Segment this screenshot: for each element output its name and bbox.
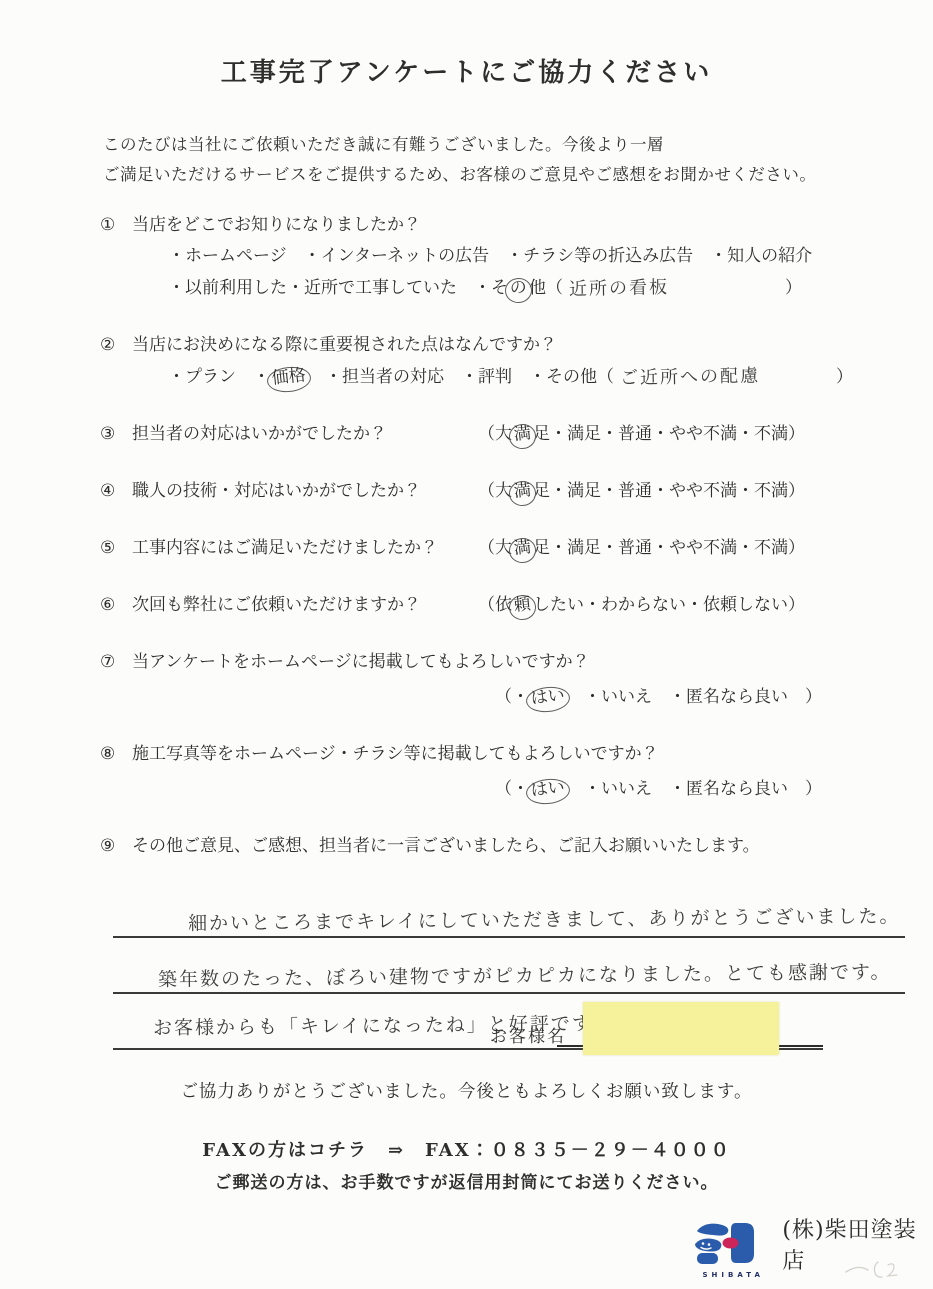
page-title: 工事完了アンケートにご協力ください [0, 52, 933, 89]
question-1: ①当店をどこでお知りになりましたか？・ホームページ ・インターネットの広告 ・チ… [100, 212, 912, 301]
answer-options-line: （・はい ・いいえ ・匿名なら良い ） [495, 776, 912, 802]
handwritten-answer: 近所の看板 [563, 272, 785, 302]
question-number: ① [100, 212, 132, 238]
question-text: 担当者の対応はいかがでしたか？ [132, 421, 478, 447]
question-text: 職人の技術・対応はいかがでしたか？ [132, 478, 478, 504]
question-text: 当店にお決めになる際に重要視された点はなんですか？ [132, 332, 912, 358]
mail-instruction: ご郵送の方は、お手数ですが返信用封筒にてお送りください。 [0, 1168, 933, 1193]
customer-name-label: お客様名 [490, 1022, 566, 1047]
question-text: 当店をどこでお知りになりましたか？ [132, 212, 912, 238]
company-logo-icon [692, 1220, 774, 1266]
answer-options-line: ・以前利用した・近所で工事していた ・その他（近所の看板） [168, 274, 912, 301]
question-row: ③担当者の対応はいかがでしたか？（大満足・満足・普通・やや不満・不満） [100, 421, 912, 447]
customer-name-row: お客様名 [0, 1001, 933, 1059]
question-7: ⑦当アンケートをホームページに掲載してもよろしいですか？（・はい ・いいえ ・匿… [100, 649, 912, 710]
question-4: ④職人の技術・対応はいかがでしたか？（大満足・満足・普通・やや不満・不満） [100, 478, 912, 504]
option-text: ・以前利用した・近所で工事していた ・そ [168, 278, 508, 298]
answer-options-line: ・ホームページ ・インターネットの広告 ・チラシ等の折込み広告 ・知人の紹介 [168, 243, 912, 269]
question-text: 当アンケートをホームページに掲載してもよろしいですか？ [132, 649, 912, 675]
option-text: 足・満足・普通・やや不満・不満） [533, 481, 805, 501]
company-logo: SHIBATA [692, 1220, 774, 1279]
logo-wordmark: SHIBATA [692, 1271, 774, 1279]
intro-text: このたびは当社にご依頼いただき誠に有難うございました。今後より一層 ご満足いただ… [103, 130, 816, 190]
option-text: ・プラン ・ [168, 367, 270, 387]
question-9: ⑨その他ご意見、ご感想、担当者に一言ございましたら、ご記入お願いいたします。 [100, 833, 912, 859]
question-number: ⑧ [100, 741, 132, 767]
question-text: 工事内容にはご満足いただけましたか？ [132, 535, 478, 561]
question-5: ⑤工事内容にはご満足いただけましたか？（大満足・満足・普通・やや不満・不満） [100, 535, 912, 561]
scanned-questionnaire-page: 工事完了アンケートにご協力ください このたびは当社にご依頼いただき誠に有難うござ… [0, 0, 933, 1289]
question-row: ⑥次回も弊社にご依頼いただけますか？（依頼したい・わからない・依頼しない） [100, 592, 912, 618]
answer-options-line: （・はい ・いいえ ・匿名なら良い ） [495, 684, 912, 710]
questionnaire-body: ①当店をどこでお知りになりましたか？・ホームページ ・インターネットの広告 ・チ… [100, 212, 912, 1050]
pencil-mark [842, 1256, 912, 1282]
answer-options-line: ・プラン ・価格 ・担当者の対応 ・評判 ・その他（ご近所への配慮） [168, 363, 912, 390]
closing-thanks: ご協力ありがとうございました。今後ともよろしくお願い致します。 [0, 1078, 933, 1103]
answer-options: （大満足・満足・普通・やや不満・不満） [478, 421, 805, 447]
option-text: ・ホームページ ・インターネットの広告 ・チラシ等の折込み広告 ・知人の紹介 [168, 246, 812, 266]
question-row: ⑧施工写真等をホームページ・チラシ等に掲載してもよろしいですか？ [100, 741, 912, 767]
intro-line-1: このたびは当社にご依頼いただき誠に有難うございました。今後より一層 [103, 135, 664, 154]
comment-ruled-line: 築年数のたった、ぼろい建物ですがピカピカになりました。とても感謝です。 [113, 938, 905, 994]
question-number: ④ [100, 478, 132, 504]
question-number: ⑨ [100, 833, 132, 859]
question-number: ⑦ [100, 649, 132, 675]
question-number: ⑥ [100, 592, 132, 618]
circled-selection: はい [525, 777, 571, 806]
option-text: （大 [478, 481, 512, 501]
question-text: 施工写真等をホームページ・チラシ等に掲載してもよろしいですか？ [132, 741, 912, 767]
question-text: 次回も弊社にご依頼いただけますか？ [132, 592, 478, 618]
question-row: ⑤工事内容にはご満足いただけましたか？（大満足・満足・普通・やや不満・不満） [100, 535, 912, 561]
option-text: （大 [478, 424, 512, 444]
handwritten-comment: 築年数のたった、ぼろい建物ですがピカピカになりました。とても感謝です。 [158, 960, 892, 994]
question-row: ④職人の技術・対応はいかがでしたか？（大満足・満足・普通・やや不満・不満） [100, 478, 912, 504]
question-text: その他ご意見、ご感想、担当者に一言ございましたら、ご記入お願いいたします。 [132, 833, 912, 859]
answer-options: （依頼したい・わからない・依頼しない） [478, 592, 805, 618]
question-number: ⑤ [100, 535, 132, 561]
option-text: ） [785, 278, 802, 298]
redaction-highlight [583, 1002, 779, 1055]
option-text: ・担当者の対応 ・評判 ・その他（ [308, 367, 614, 387]
circled-selection: はい [525, 685, 571, 714]
questions-list: ①当店をどこでお知りになりましたか？・ホームページ ・インターネットの広告 ・チ… [100, 212, 912, 859]
question-2: ②当店にお決めになる際に重要視された点はなんですか？・プラン ・価格 ・担当者の… [100, 332, 912, 390]
option-text: ・いいえ ・匿名なら良い ） [567, 687, 822, 707]
question-row: ②当店にお決めになる際に重要視された点はなんですか？ [100, 332, 912, 358]
option-text: 足・満足・普通・やや不満・不満） [533, 538, 805, 558]
question-number: ③ [100, 421, 132, 447]
handwritten-comment: 細かいところまでキレイにしていただきまして、ありがとうございました。 [188, 904, 901, 937]
comment-ruled-line: 細かいところまでキレイにしていただきまして、ありがとうございました。 [113, 890, 905, 938]
option-text: ・いいえ ・匿名なら良い ） [567, 779, 822, 799]
option-text: 他（ [529, 278, 563, 298]
question-row: ⑦当アンケートをホームページに掲載してもよろしいですか？ [100, 649, 912, 675]
answer-options: （大満足・満足・普通・やや不満・不満） [478, 535, 805, 561]
question-row: ①当店をどこでお知りになりましたか？ [100, 212, 912, 238]
question-3: ③担当者の対応はいかがでしたか？（大満足・満足・普通・やや不満・不満） [100, 421, 912, 447]
question-6: ⑥次回も弊社にご依頼いただけますか？（依頼したい・わからない・依頼しない） [100, 592, 912, 618]
intro-line-2: ご満足いただけるサービスをご提供するため、お客様のご意見やご感想をお聞かせくださ… [103, 165, 816, 184]
option-text: （大 [478, 538, 512, 558]
question-8: ⑧施工写真等をホームページ・チラシ等に掲載してもよろしいですか？（・はい ・いい… [100, 741, 912, 802]
option-text: ） [836, 367, 853, 387]
fax-instruction: FAXの方はコチラ ⇒ FAX：０８３５－２９－４０００ [0, 1136, 933, 1162]
circled-selection: 価格 [266, 365, 312, 394]
question-number: ② [100, 332, 132, 358]
question-row: ⑨その他ご意見、ご感想、担当者に一言ございましたら、ご記入お願いいたします。 [100, 833, 912, 859]
option-text: 足・満足・普通・やや不満・不満） [533, 424, 805, 444]
option-text: （・ [495, 687, 529, 707]
option-text: （・ [495, 779, 529, 799]
option-text: したい・わからない・依頼しない） [533, 595, 805, 615]
option-text: （依 [478, 595, 512, 615]
handwritten-answer: ご近所への配慮 [614, 361, 836, 391]
answer-options: （大満足・満足・普通・やや不満・不満） [478, 478, 805, 504]
